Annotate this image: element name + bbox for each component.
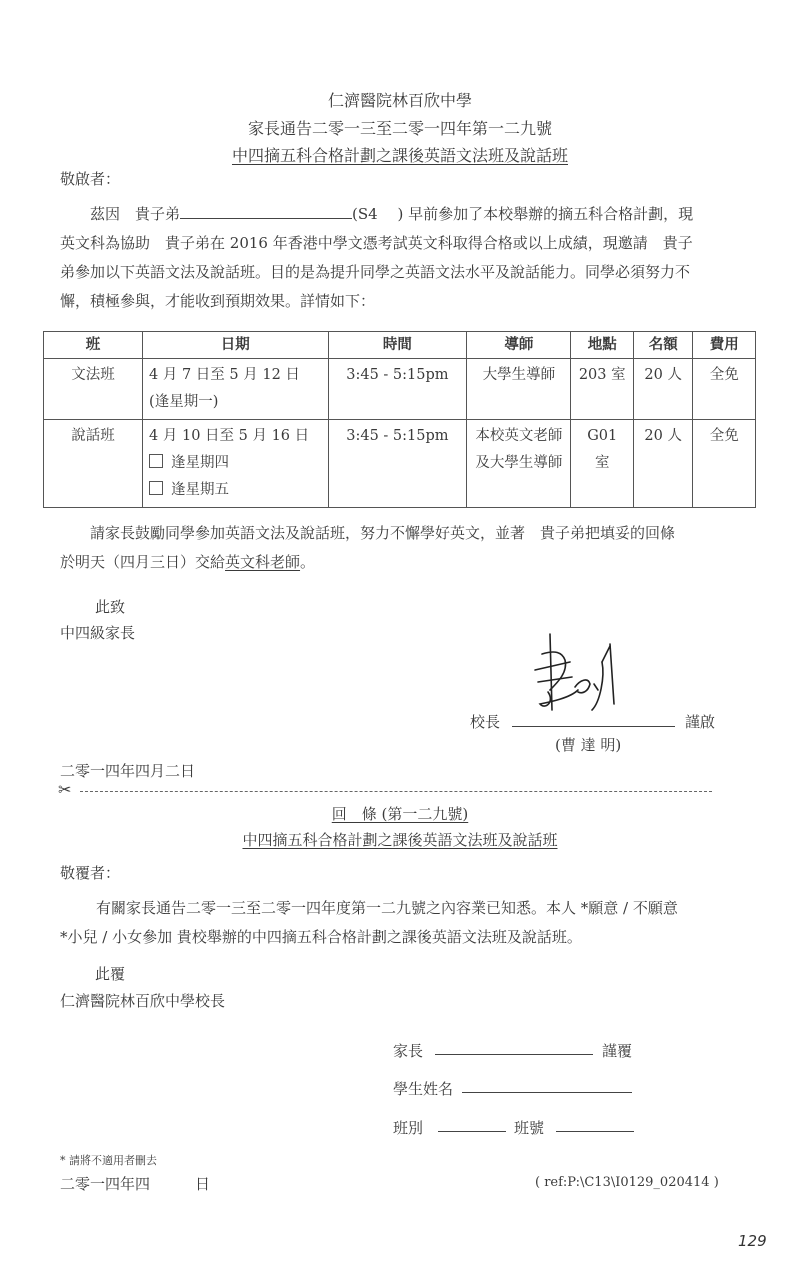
cell-date: 4 月 10 日至 5 月 16 日 逢星期四 逢星期五	[143, 420, 329, 508]
tutor-line2: 及大學生導師	[473, 450, 564, 477]
class-no-field[interactable]	[556, 1131, 634, 1132]
option-friday[interactable]: 逢星期五	[149, 477, 322, 504]
page-mark: 129	[738, 1232, 767, 1250]
cell-class: 說話班	[44, 420, 143, 508]
cell-quota: 20 人	[634, 420, 693, 508]
para2-line1: 請家長鼓勵同學參加英語文法及說話班，努力不懈學好英文，並著 貴子弟把填妥的回條	[60, 519, 760, 548]
para2-line2-suffix: 。	[300, 553, 315, 571]
notice-subject-text: 中四摘五科合格計劃之課後英語文法班及說話班	[232, 146, 568, 165]
cell-tutor: 大學生導師	[467, 359, 571, 420]
venue-line1: G01	[577, 423, 627, 450]
para1-line2: 英文科為協助 貴子弟在 2016 年香港中學文憑考試英文科取得合格或以上成績，現…	[60, 229, 760, 258]
reply-body: 有關家長通告二零一三至二零一四年度第一二九號之內容業已知悉。本人 *願意 / 不…	[60, 894, 760, 952]
class-label: 班別	[393, 1117, 423, 1138]
cell-quota: 20 人	[634, 359, 693, 420]
reply-slip-subject-text: 中四摘五科合格計劃之課後英語文法班及說話班	[242, 831, 557, 849]
letter-date: 二零一四年四月二日	[60, 760, 195, 781]
closing: 此致	[95, 596, 125, 617]
reference-code: ( ref:P:\C13\I0129_020414 )	[535, 1175, 719, 1190]
header-fee: 費用	[693, 332, 756, 359]
student-name-label: 學生姓名	[393, 1078, 453, 1099]
recipient: 中四級家長	[60, 622, 135, 643]
option-friday-label: 逢星期五	[171, 482, 229, 498]
reply-body-line2: *小兒 / 小女參加 貴校舉辦的中四摘五科合格計劃之課後英語文法班及說話班。	[60, 923, 760, 952]
header-quota: 名額	[634, 332, 693, 359]
para1-prefix: 茲因 貴子弟	[90, 205, 180, 223]
cell-time: 3:45 - 5:15pm	[328, 359, 467, 420]
principal-name: (曹 達 明)	[555, 734, 621, 755]
reply-closing: 此覆	[95, 963, 125, 984]
school-name: 仁濟醫院林百欣中學	[0, 88, 800, 111]
cell-venue: 203 室	[571, 359, 634, 420]
cell-fee: 全免	[693, 359, 756, 420]
cell-tutor: 本校英文老師 及大學生導師	[467, 420, 571, 508]
principal-label: 校長	[470, 711, 500, 732]
cut-line	[80, 791, 712, 792]
class-field[interactable]	[438, 1131, 506, 1132]
reply-recipient: 仁濟醫院林百欣中學校長	[60, 990, 225, 1011]
para1-line4: 懈，積極參與，才能收到預期效果。詳情如下：	[60, 287, 760, 316]
schedule-table: 班 日期 時間 導師 地點 名額 費用 文法班 4 月 7 日至 5 月 12 …	[43, 331, 756, 508]
checkbox-friday[interactable]	[149, 481, 163, 495]
scissors-icon: ✂	[58, 780, 71, 799]
student-name-blank[interactable]	[180, 204, 352, 219]
reply-slip-title-text: 回 條 (第一二九號)	[332, 805, 468, 823]
english-teacher: 英文科老師	[225, 553, 300, 571]
venue-line2: 室	[577, 450, 627, 477]
parent-closing: 謹覆	[602, 1040, 632, 1061]
option-thursday[interactable]: 逢星期四	[149, 450, 322, 477]
cell-venue: G01 室	[571, 420, 634, 508]
cell-time: 3:45 - 5:15pm	[328, 420, 467, 508]
footnote: * 請將不適用者刪去	[60, 1152, 157, 1168]
parent-signature-field[interactable]	[435, 1054, 593, 1055]
reply-salutation: 敬覆者：	[60, 862, 120, 883]
para1-line3: 弟參加以下英語文法及說話班。目的是為提升同學之英語文法水平及說話能力。同學必須努…	[60, 258, 760, 287]
reply-body-line1: 有關家長通告二零一三至二零一四年度第一二九號之內容業已知悉。本人 *願意 / 不…	[60, 894, 760, 923]
date-range: 4 月 10 日至 5 月 16 日	[149, 423, 322, 450]
table-row: 說話班 4 月 10 日至 5 月 16 日 逢星期四 逢星期五 3:45 - …	[44, 420, 756, 508]
checkbox-thursday[interactable]	[149, 454, 163, 468]
weekday: (逢星期一)	[149, 389, 322, 416]
table-header-row: 班 日期 時間 導師 地點 名額 費用	[44, 332, 756, 359]
letter-paragraph-1: 茲因 貴子弟(S4 ) 早前參加了本校舉辦的摘五科合格計劃，現 英文科為協助 貴…	[60, 200, 760, 316]
para2-line2: 於明天（四月三日）交給英文科老師。	[60, 548, 760, 577]
header-tutor: 導師	[467, 332, 571, 359]
para1-line1: 茲因 貴子弟(S4 ) 早前參加了本校舉辦的摘五科合格計劃，現	[60, 200, 760, 229]
para2-line2-prefix: 於明天（四月三日）交給	[60, 553, 225, 571]
letter-paragraph-2: 請家長鼓勵同學參加英語文法及說話班，努力不懈學好英文，並著 貴子弟把填妥的回條 …	[60, 519, 760, 577]
header-class: 班	[44, 332, 143, 359]
tutor-line1: 本校英文老師	[473, 423, 564, 450]
header-venue: 地點	[571, 332, 634, 359]
class-no-label: 班號	[514, 1117, 544, 1138]
cell-class: 文法班	[44, 359, 143, 420]
reply-slip-title: 回 條 (第一二九號)	[0, 803, 800, 824]
signature-line	[512, 726, 675, 727]
para1-suffix: 早前參加了本校舉辦的摘五科合格計劃，現	[408, 205, 693, 223]
cell-date: 4 月 7 日至 5 月 12 日 (逢星期一)	[143, 359, 329, 420]
header-date: 日期	[143, 332, 329, 359]
notice-number: 家長通告二零一三至二零一四年第一二九號	[0, 116, 800, 139]
parent-label: 家長	[393, 1040, 423, 1061]
cell-fee: 全免	[693, 420, 756, 508]
class-field: (S4 )	[352, 205, 403, 223]
salutation: 敬啟者：	[60, 168, 120, 189]
signature-icon	[530, 632, 630, 717]
student-name-field[interactable]	[462, 1092, 632, 1093]
reply-slip-subject: 中四摘五科合格計劃之課後英語文法班及說話班	[0, 829, 800, 850]
option-thursday-label: 逢星期四	[171, 455, 229, 471]
notice-subject: 中四摘五科合格計劃之課後英語文法班及說話班	[0, 143, 800, 166]
principal-closing: 謹啟	[685, 711, 715, 732]
reply-date: 二零一四年四 日	[60, 1173, 210, 1194]
header-time: 時間	[328, 332, 467, 359]
table-row: 文法班 4 月 7 日至 5 月 12 日 (逢星期一) 3:45 - 5:15…	[44, 359, 756, 420]
date-range: 4 月 7 日至 5 月 12 日	[149, 362, 322, 389]
